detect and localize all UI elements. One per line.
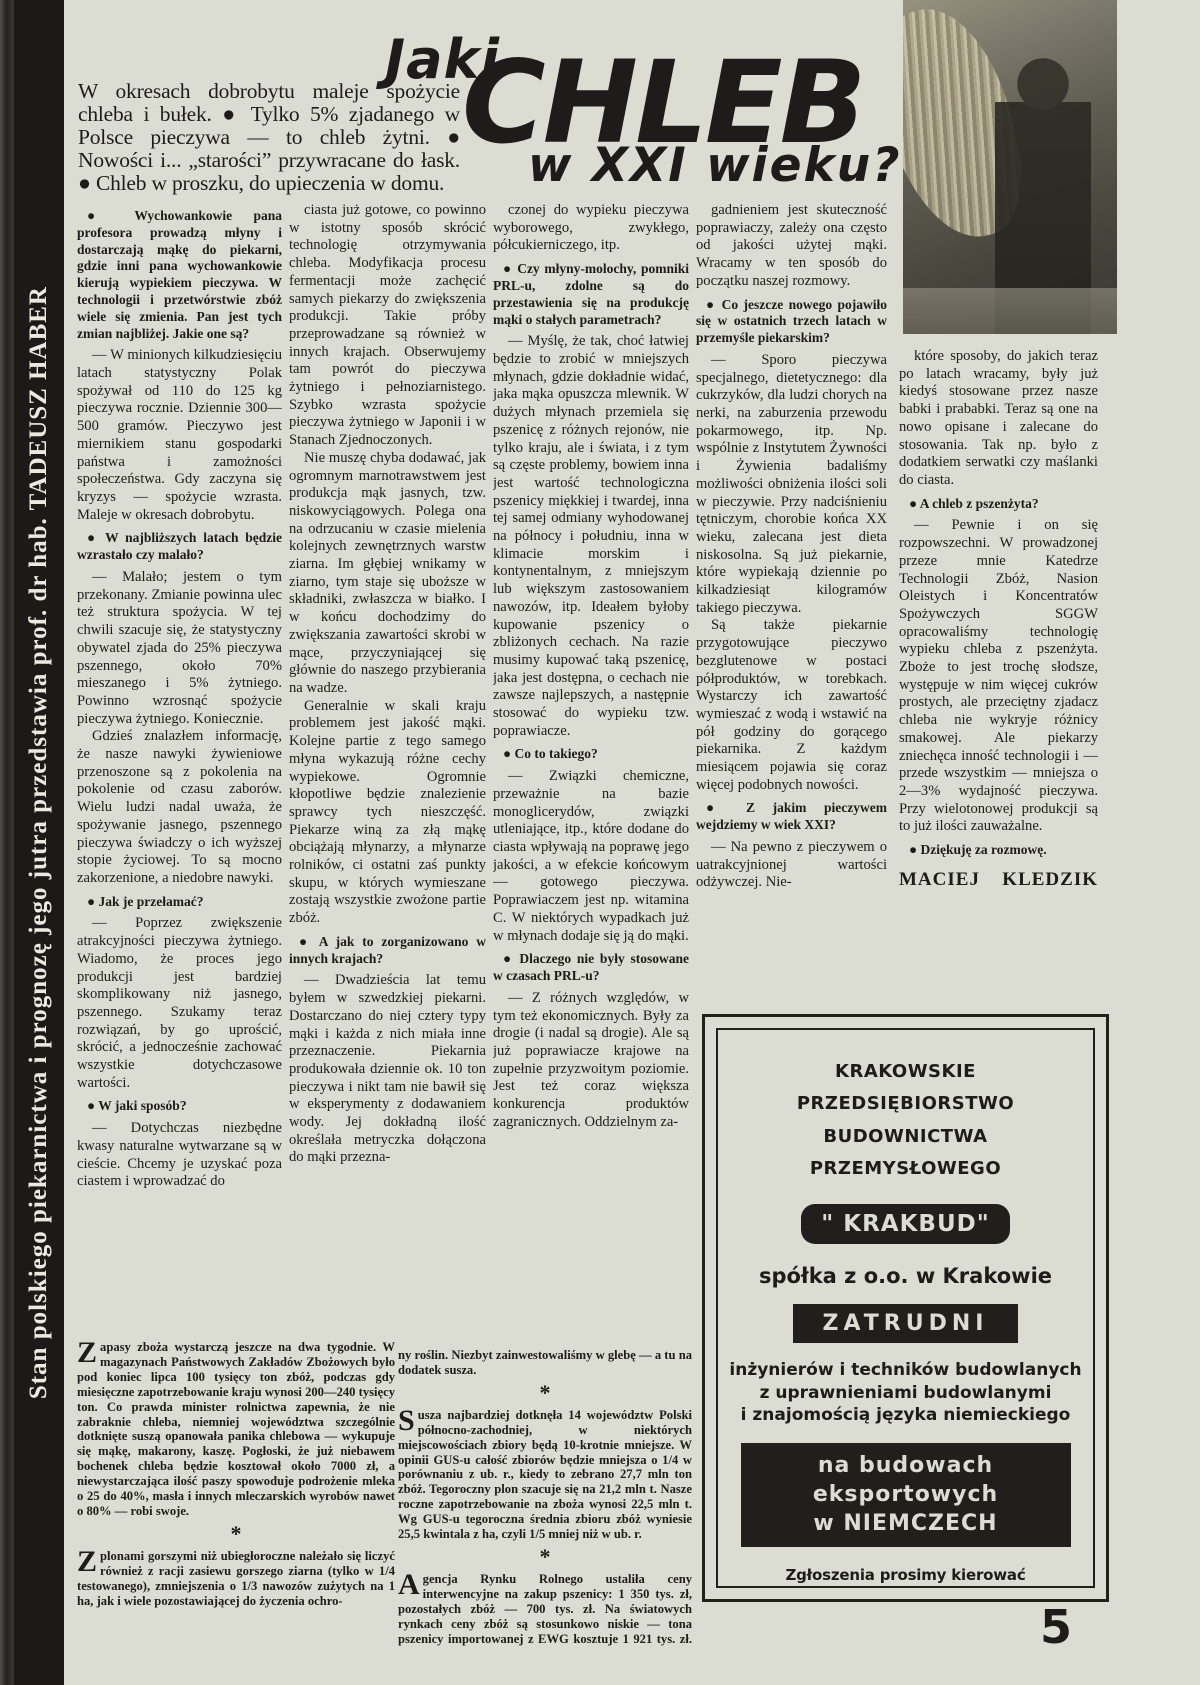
article-lead: W okresach dobrobytu maleje spożycie chl…	[78, 80, 460, 195]
spine-band: Stan polskiego piekarnictwa i prognozę j…	[14, 0, 64, 1685]
article-paragraph: Gdzieś znalazłem informację, że nasze na…	[77, 728, 282, 887]
newspaper-page: { "page": {"number": "5", "paper_color":…	[0, 0, 1200, 1685]
scan-page-edge	[0, 0, 14, 1685]
ad-apply-line1: Zgłoszenia prosimy kierować	[726, 1565, 1085, 1586]
article-paragraph: — Z różnych względów, w tym też ekonomic…	[493, 990, 689, 1132]
ad-company-name: KRAKOWSKIE PRZEDSIĘBIORSTWO BUDOWNICTWA …	[726, 1056, 1085, 1186]
section-separator-star: *	[398, 1547, 692, 1567]
page-number: 5	[1040, 1600, 1072, 1654]
article-paragraph: — Dwadzieścia lat temu byłem w szwedzkie…	[289, 972, 486, 1167]
article-paragraph: które sposoby, do jakich teraz po latach…	[899, 348, 1098, 490]
interview-question: ● A jak to zorganizowano w innych krajac…	[289, 934, 486, 968]
ad-company-line2: BUDOWNICTWA PRZEMYSŁOWEGO	[726, 1121, 1085, 1186]
interview-question: ● A chleb z pszenżyta?	[899, 496, 1098, 513]
article-paragraph: ciasta już gotowe, co powinno w istotny …	[289, 202, 486, 450]
ad-location-line1: na budowach eksportowych	[741, 1452, 1071, 1509]
interview-question: ● W jaki sposób?	[77, 1098, 282, 1115]
article-paragraph: Nie muszę chyba dodawać, jak ogromnym ma…	[289, 450, 486, 698]
ad-positions: inżynierów i techników budowlanych z upr…	[726, 1359, 1085, 1428]
author-signature: MACIEJKLEDZIK	[899, 871, 1098, 889]
ad-brand-badge: " KRAKBUD"	[801, 1204, 1009, 1244]
news-brief-paragraph: Agencja Rynku Rolnego ustaliła ceny inte…	[398, 1572, 692, 1648]
interview-question: ● Jak je przełamać?	[77, 894, 282, 911]
harvest-photo	[903, 0, 1117, 334]
interview-question: ● Co to takiego?	[493, 746, 689, 763]
article-column-5: które sposoby, do jakich teraz po latach…	[899, 348, 1098, 944]
news-brief-paragraph: Zapasy zboża wystarczą jeszcze na dwa ty…	[77, 1340, 395, 1519]
drop-cap: Z	[77, 1340, 100, 1365]
news-briefs-column-2: ny roślin. Niezbyt zainwestowaliśmy w gl…	[398, 1348, 692, 1648]
article-column-2: ciasta już gotowe, co powinno w istotny …	[289, 202, 486, 1318]
interview-question: ● Czy młyny-molochy, pomniki PRL-u, zdol…	[493, 261, 689, 328]
headline-sub: w XXI wieku?	[528, 138, 902, 193]
ad-company-type: spółka z o.o. w Krakowie	[726, 1264, 1085, 1288]
article-column-4: gadnieniem jest skuteczność poprawiaczy,…	[696, 202, 887, 1004]
section-separator-star: *	[398, 1383, 692, 1403]
article-paragraph: — Malało; jestem o tym przekonany. Zmian…	[77, 569, 282, 728]
spine-vertical-title: Stan polskiego piekarnictwa i prognozę j…	[25, 286, 53, 1399]
article-column-1: ● Wychowankowie pana profesora prowadzą …	[77, 202, 282, 1318]
ad-position-line3: i znajomością języka niemieckiego	[726, 1404, 1085, 1427]
article-column-3: czonej do wypieku pieczywa wyborowego, z…	[493, 202, 689, 1318]
article-paragraph: — Pewnie i on się rozpowszechni. W prowa…	[899, 517, 1098, 836]
article-paragraph: — Poprzez zwiększenie atrakcyjności piec…	[77, 915, 282, 1092]
news-briefs-column-1: Zapasy zboża wystarczą jeszcze na dwa ty…	[77, 1340, 395, 1640]
article-paragraph: Są także piekarnie przygotowujące pieczy…	[696, 617, 887, 794]
article-paragraph: Generalnie w skali kraju problemem jest …	[289, 698, 486, 928]
ad-action-banner: ZATRUDNI	[793, 1304, 1019, 1343]
article-paragraph: — W minionych kilkudziesięciu latach sta…	[77, 347, 282, 524]
ad-location-line2: w NIEMCZECH	[741, 1510, 1071, 1539]
news-brief-paragraph: ny roślin. Niezbyt zainwestowaliśmy w gl…	[398, 1348, 692, 1378]
interview-question: ● Dlaczego nie były stosowane w czasach …	[493, 951, 689, 985]
interview-question: ● W najbliższych latach będzie wzrastało…	[77, 530, 282, 564]
ad-position-line2: z uprawnieniami budowlanymi	[726, 1382, 1085, 1405]
field-art	[903, 288, 1117, 334]
article-paragraph: czonej do wypieku pieczywa wyborowego, z…	[493, 202, 689, 255]
ad-position-line1: inżynierów i techników budowlanych	[726, 1359, 1085, 1382]
interview-question: ● Wychowankowie pana profesora prowadzą …	[77, 208, 282, 342]
article-paragraph: — Na pewno z pieczywem o uatrakcyjnionej…	[696, 839, 887, 892]
news-brief-paragraph: Susza najbardziej dotknęła 14 województw…	[398, 1408, 692, 1542]
drop-cap: S	[398, 1408, 418, 1433]
interview-question: ● Co jeszcze nowego pojawiło się w ostat…	[696, 297, 887, 347]
ad-apply-info: Zgłoszenia prosimy kierować pod adresem:…	[726, 1565, 1085, 1588]
section-separator-star: *	[77, 1524, 395, 1544]
krakbud-job-ad: KRAKOWSKIE PRZEDSIĘBIORSTWO BUDOWNICTWA …	[702, 1014, 1109, 1602]
drop-cap: Z	[77, 1549, 100, 1574]
article-paragraph: — Dotychczas niezbędne kwasy naturalne w…	[77, 1120, 282, 1191]
article-paragraph: gadnieniem jest skuteczność poprawiaczy,…	[696, 202, 887, 291]
news-brief-paragraph: Zplonami gorszymi niż ubiegłoroczne nale…	[77, 1549, 395, 1609]
article-paragraph: — Sporo pieczywa specjalnego, dietetyczn…	[696, 352, 887, 618]
ad-apply-line2: pod adresem:	[726, 1586, 1085, 1588]
drop-cap: A	[398, 1572, 423, 1597]
interview-question: ● Dziękuję za rozmowę.	[899, 842, 1098, 859]
article-paragraph: — Myślę, że tak, choć łatwiej będzie to …	[493, 333, 689, 740]
ad-company-line1: KRAKOWSKIE PRZEDSIĘBIORSTWO	[726, 1056, 1085, 1121]
interview-question: ● Z jakim pieczywem wejdziemy w wiek XXI…	[696, 800, 887, 834]
ad-location-banner: na budowach eksportowych w NIEMCZECH	[741, 1443, 1071, 1547]
article-paragraph: — Związki chemiczne, przeważnie na bazie…	[493, 768, 689, 945]
krakbud-job-ad-inner: KRAKOWSKIE PRZEDSIĘBIORSTWO BUDOWNICTWA …	[716, 1028, 1095, 1588]
